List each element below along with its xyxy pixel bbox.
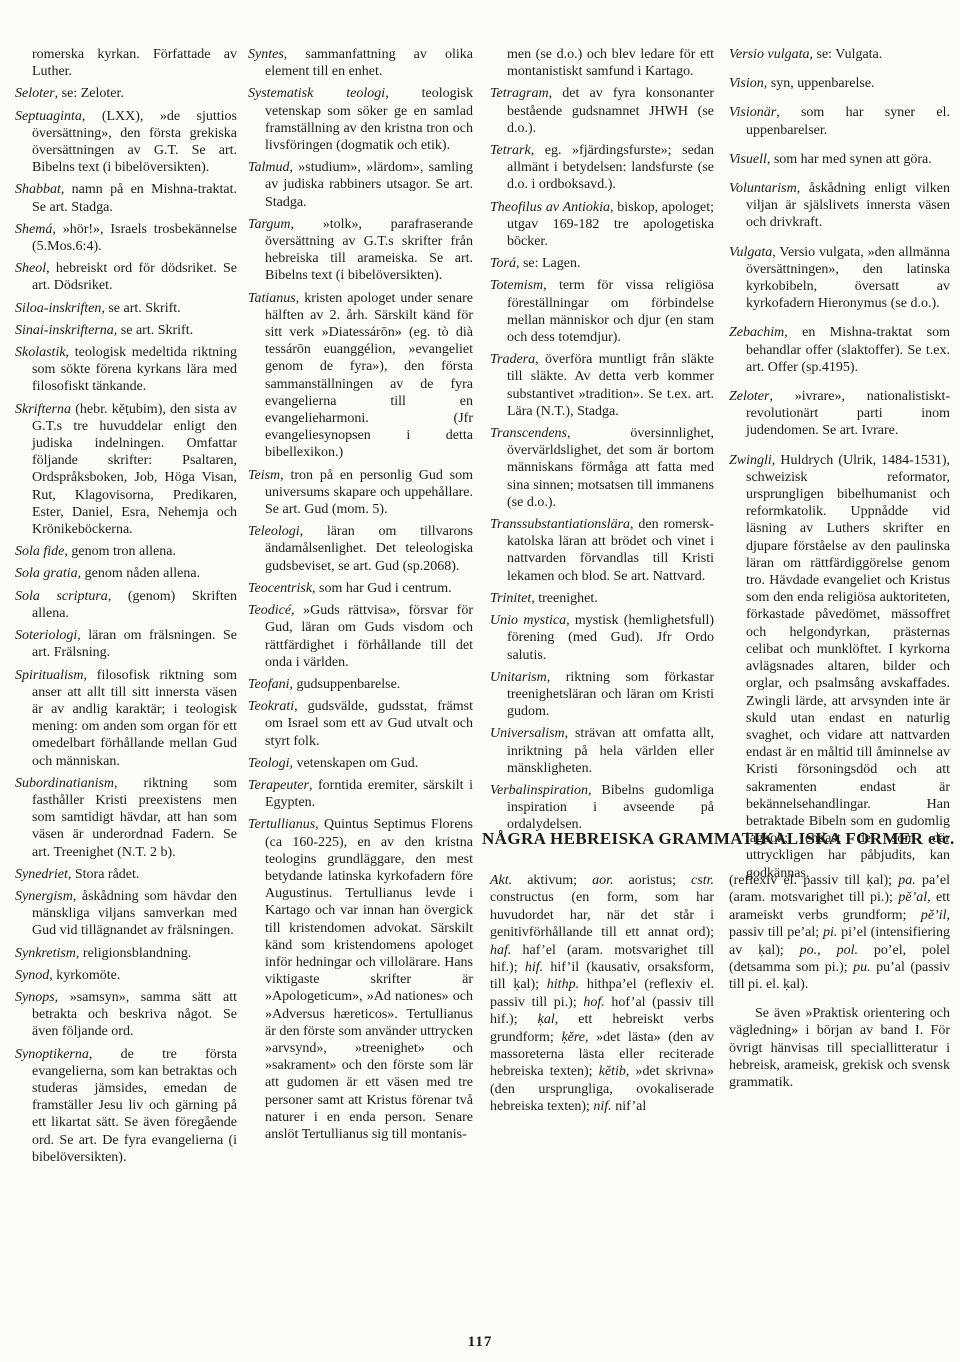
dictionary-entry: Teofani, gudsuppenbarelse. <box>248 676 473 693</box>
entry-headword: Synops <box>15 990 55 1005</box>
entry-headword: Terapeuter <box>248 778 309 793</box>
dictionary-entry: Sola fide, genom tron allena. <box>15 543 237 560</box>
entry-headword: Visuell <box>729 152 767 167</box>
entry-headword: Teism <box>248 468 280 483</box>
entry-headword: Voluntarism <box>729 181 797 196</box>
dictionary-entry-continuation: men (se d.o.) och blev ledare för ett mo… <box>490 46 714 80</box>
dictionary-entry: Teism, tron på en personlig Gud som univ… <box>248 467 473 519</box>
dictionary-entry: Talmud, »studium», »lärdom», samling av … <box>248 159 473 211</box>
dictionary-entry: Sola scriptura, (genom) Skriften allena. <box>15 588 237 622</box>
entry-headword: Teocentrisk <box>248 581 312 596</box>
dictionary-entry: Teodicé, »Guds rättvisa», försvar för Gu… <box>248 602 473 671</box>
dictionary-entry: Torá, se: Lagen. <box>490 255 714 272</box>
dictionary-entry: Shemá, »hör!», Israels trosbekännelse (5… <box>15 221 237 255</box>
dictionary-entry: Versio vulgata, se: Vulgata. <box>729 46 950 63</box>
entry-headword: Synedriet <box>15 867 68 882</box>
entry-headword: Shemá <box>15 222 52 237</box>
dictionary-entry: Teokrati, gudsvälde, gudsstat, främst om… <box>248 698 473 750</box>
entry-headword: Septuaginta <box>15 109 82 124</box>
dictionary-entry: Sheol, hebreiskt ord för dödsriket. Se a… <box>15 260 237 294</box>
dictionary-entry-continuation: romerska kyrkan. Författade av Luther. <box>15 46 237 80</box>
entry-headword: Siloa-inskriften <box>15 301 101 316</box>
dictionary-entry: Syntes, sammanfattning av olika element … <box>248 46 473 80</box>
entry-headword: Synergism <box>15 889 73 904</box>
dictionary-entry: Zwingli, Huldrych (Ulrik, 1484-1531), sc… <box>729 452 950 882</box>
dictionary-entry: Skrifterna (hebr. kĕṭubim), den sista av… <box>15 401 237 539</box>
entry-headword: Subordinatianism <box>15 776 114 791</box>
entry-headword: Tertullianus <box>248 817 315 832</box>
dictionary-entry: Universalism, strävan att omfatta allt, … <box>490 725 714 777</box>
entry-headword: Zwingli <box>729 453 772 468</box>
dictionary-entry: Synkretism, religionsblandning. <box>15 945 237 962</box>
dictionary-entry: Systematisk teologi, teologisk vetenskap… <box>248 85 473 154</box>
entry-headword: Targum <box>248 217 291 232</box>
grammar-column-right: (reflexiv el. passiv till ḳal); pa. pa’e… <box>729 872 950 1092</box>
entry-headword: Synkretism <box>15 946 76 961</box>
entry-headword: Trinitet <box>490 591 531 606</box>
dictionary-entry: Zebachim, en Mishna-traktat som behandla… <box>729 324 950 376</box>
dictionary-entry: Trinitet, treenighet. <box>490 590 714 607</box>
page-number: 117 <box>0 1334 960 1351</box>
entry-headword: Skrifterna <box>15 402 71 417</box>
dictionary-entry: Synops, »samsyn», samma sätt att betrakt… <box>15 989 237 1041</box>
dictionary-entry: Skolastik, teologisk medeltida riktning … <box>15 344 237 396</box>
dictionary-entry: Soteriologi, läran om frälsningen. Se ar… <box>15 627 237 661</box>
entry-headword: Teofani <box>248 677 290 692</box>
dictionary-entry: Sinai-inskrifterna, se art. Skrift. <box>15 322 237 339</box>
dictionary-entry: Seloter, se: Zeloter. <box>15 85 237 102</box>
entry-headword: Seloter <box>15 86 55 101</box>
entry-headword: Unio mystica <box>490 613 566 628</box>
entry-headword: Universalism <box>490 726 565 741</box>
entry-headword: Teodicé <box>248 603 291 618</box>
entry-headword: Vision <box>729 76 764 91</box>
dictionary-entry: Synedriet, Stora rådet. <box>15 866 237 883</box>
entry-headword: Vulgata <box>729 245 772 260</box>
dictionary-entry: Teocentrisk, som har Gud i centrum. <box>248 580 473 597</box>
dictionary-entry: Terapeuter, forntida eremiter, särskilt … <box>248 777 473 811</box>
entry-headword: Syntes <box>248 47 284 62</box>
entry-headword: Soteriologi <box>15 628 77 643</box>
dictionary-entry: Teologi, vetenskapen om Gud. <box>248 755 473 772</box>
entry-headword: Tatianus <box>248 291 296 306</box>
entry-headword: Unitarism <box>490 670 547 685</box>
grammar-paragraph: Akt. aktivum; aor. aoristus; cstr. const… <box>490 872 714 1116</box>
dictionary-entry: Theofilus av Antiokia, biskop, apologet;… <box>490 199 714 251</box>
entry-headword: Zebachim <box>729 325 784 340</box>
dictionary-entry: Synoptikerna, de tre första evangelierna… <box>15 1046 237 1166</box>
dictionary-entry: Unitarism, riktning som förkastar treeni… <box>490 669 714 721</box>
entry-headword: Zeloter <box>729 389 769 404</box>
entry-headword: Systematisk teologi <box>248 86 385 101</box>
entry-headword: Tradera <box>490 352 535 367</box>
dictionary-entry: Teleologi, läran om tillvarons ändamålse… <box>248 523 473 575</box>
dictionary-entry: Zeloter, »ivrare», nationalistiskt-revol… <box>729 388 950 440</box>
dictionary-entry: Tertullianus, Quintus Septimus Florens (… <box>248 816 473 1143</box>
entry-headword: Synod <box>15 968 49 983</box>
dictionary-entry: Vulgata, Versio vulgata, »den allmänna ö… <box>729 244 950 313</box>
entry-headword: Sola fide <box>15 544 64 559</box>
grammar-paragraph: (reflexiv el. passiv till ḳal); pa. pa’e… <box>729 872 950 994</box>
dictionary-column-3: men (se d.o.) och blev ledare för ett mo… <box>490 46 714 839</box>
dictionary-entry: Sola gratia, genom nåden allena. <box>15 565 237 582</box>
dictionary-entry: Visionär, som har syner el. uppenbarelse… <box>729 104 950 138</box>
entry-headword: Tetrark <box>490 143 531 158</box>
dictionary-entry: Vision, syn, uppenbarelse. <box>729 75 950 92</box>
entry-headword: Theofilus av Antiokia <box>490 200 610 215</box>
dictionary-entry: Targum, »tolk», parafraserande översättn… <box>248 216 473 285</box>
entry-headword: Spiritualism <box>15 668 83 683</box>
entry-headword: Shabbat <box>15 182 61 197</box>
entry-headword: Torá <box>490 256 516 271</box>
entry-headword: Synoptikerna <box>15 1047 89 1062</box>
dictionary-column-2: Syntes, sammanfattning av olika element … <box>248 46 473 1148</box>
entry-headword: Transcendens <box>490 426 567 441</box>
entry-headword: Teologi <box>248 756 290 771</box>
dictionary-entry: Siloa-inskriften, se art. Skrift. <box>15 300 237 317</box>
dictionary-entry: Voluntarism, åskådning enligt vilken vil… <box>729 180 950 232</box>
entry-headword: Sola gratia <box>15 566 78 581</box>
dictionary-entry: Unio mystica, mystisk (hemlighetsfull) f… <box>490 612 714 664</box>
dictionary-page: romerska kyrkan. Författade av Luther.Se… <box>0 0 960 1362</box>
dictionary-entry: Synergism, åskådning som hävdar den mäns… <box>15 888 237 940</box>
dictionary-entry: Synod, kyrkomöte. <box>15 967 237 984</box>
entry-headword: Sheol <box>15 261 46 276</box>
entry-headword: Sola scriptura <box>15 589 108 604</box>
grammar-paragraph: Se även »Praktisk orientering och vägled… <box>729 1005 950 1092</box>
entry-headword: Transsubstantiationslära <box>490 517 630 532</box>
dictionary-entry: Spiritualism, filosofisk riktning som an… <box>15 667 237 770</box>
entry-headword: Versio vulgata <box>729 47 810 62</box>
dictionary-entry: Transcendens, översinnlighet, övervärlds… <box>490 425 714 511</box>
entry-headword: Teleologi <box>248 524 300 539</box>
entry-headword: Tetragram <box>490 86 549 101</box>
dictionary-entry: Totemism, term för vissa religiösa föres… <box>490 277 714 346</box>
dictionary-entry: Tatianus, kristen apologet under senare … <box>248 290 473 462</box>
entry-headword: Talmud <box>248 160 290 175</box>
entry-headword: Teokrati <box>248 699 294 714</box>
dictionary-entry: Subordinatianism, riktning som fasthålle… <box>15 775 237 861</box>
entry-headword: Visionär <box>729 105 776 120</box>
dictionary-entry: Verbalinspiration, Bibelns gudomliga ins… <box>490 782 714 834</box>
dictionary-column-1: romerska kyrkan. Författade av Luther.Se… <box>15 46 237 1171</box>
entry-headword: Totemism <box>490 278 543 293</box>
dictionary-entry: Shabbat, namn på en Mishna-traktat. Se a… <box>15 181 237 215</box>
entry-headword: Verbalinspiration <box>490 783 588 798</box>
dictionary-entry: Tetragram, det av fyra konsonanter bestå… <box>490 85 714 137</box>
dictionary-column-4: Versio vulgata, se: Vulgata.Vision, syn,… <box>729 46 950 894</box>
dictionary-entry: Tradera, överföra muntligt från släkte t… <box>490 351 714 420</box>
dictionary-entry: Septuaginta, (LXX), »de sjuttios översät… <box>15 108 237 177</box>
grammar-section-heading: NÅGRA HEBREISKA GRAMMATIKALISKA FORMER e… <box>482 829 948 849</box>
entry-headword: Sinai-inskrifterna <box>15 323 114 338</box>
grammar-column-left: Akt. aktivum; aor. aoristus; cstr. const… <box>490 872 714 1116</box>
dictionary-entry: Transsubstantiationslära, den romersk-ka… <box>490 516 714 585</box>
dictionary-entry: Visuell, som har med synen att göra. <box>729 151 950 168</box>
entry-headword: Skolastik <box>15 345 66 360</box>
dictionary-entry: Tetrark, eg. »fjärdingsfurste»; sedan al… <box>490 142 714 194</box>
